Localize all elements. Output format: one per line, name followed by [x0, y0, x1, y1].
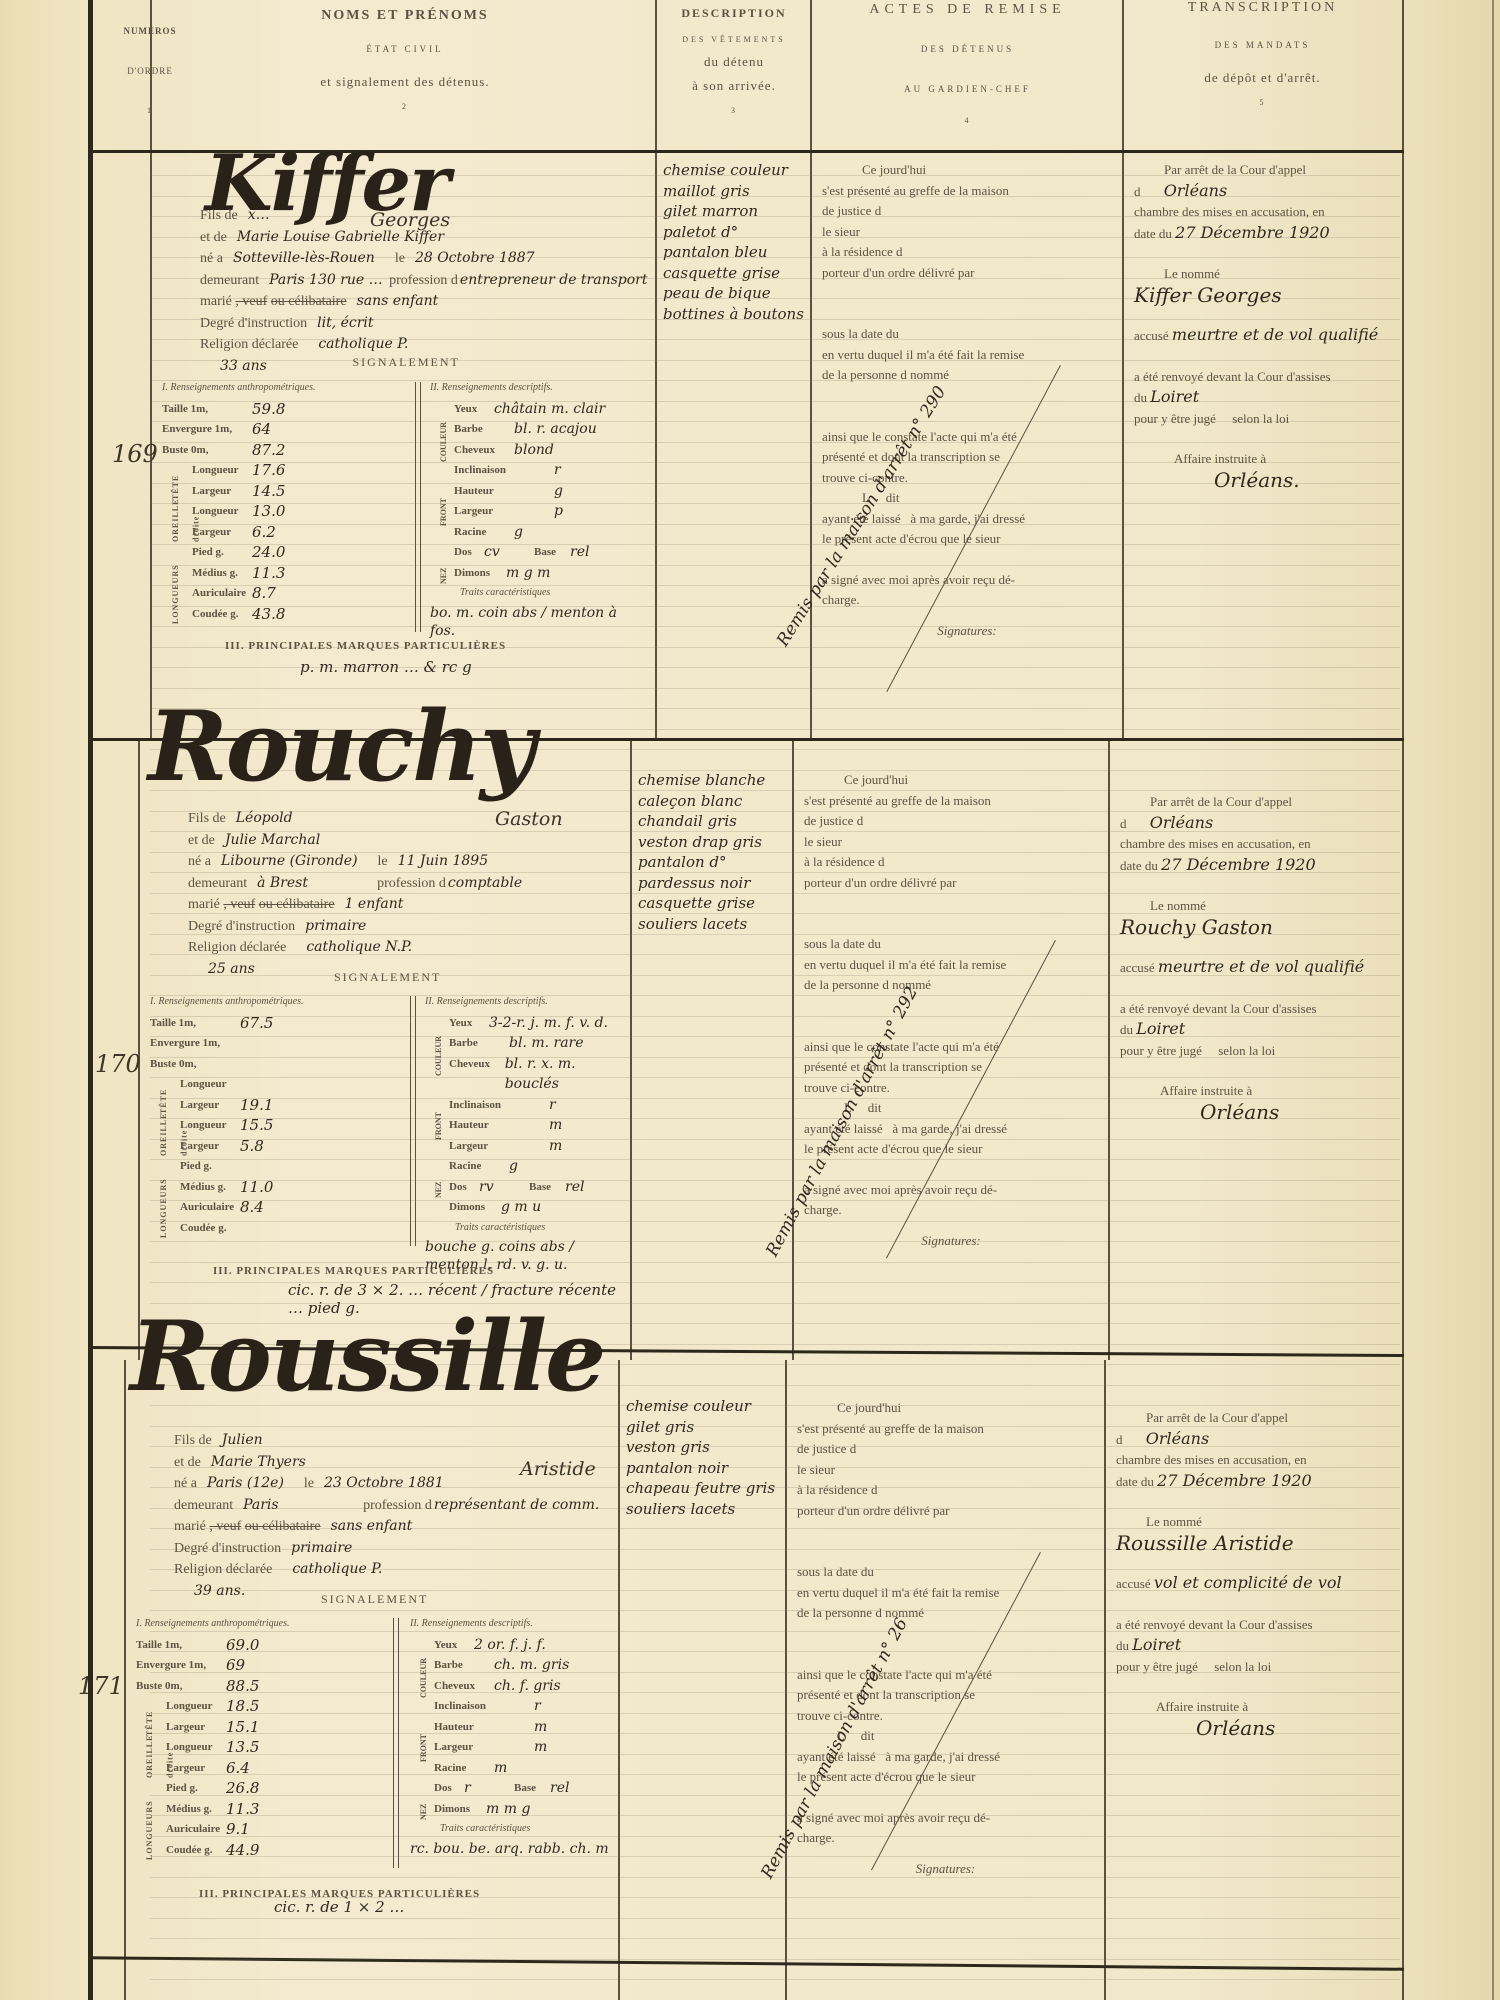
instruction-label: Degré d'instruction [200, 316, 307, 331]
descriptive-block: II. Renseignements descriptifs. Yeux3-2-… [425, 992, 625, 1274]
nez-group-label: NEZ [434, 534, 455, 584]
birthdate-label: le [395, 251, 405, 266]
acte-line: présenté et dont la transcription se [822, 447, 1112, 468]
hauteur-value: m [549, 1115, 562, 1136]
acte-line: en vertu duquel il m'a été fait la remis… [797, 1583, 1094, 1604]
date-label: date du [1134, 226, 1172, 241]
charge-value: vol et complicité de vol [1154, 1573, 1342, 1592]
birthdate-value: 11 Juin 1895 [398, 853, 488, 869]
remise-act-text: Ce jourd'hui s'est présenté au greffe de… [797, 1398, 1094, 1879]
birth-row: né aParis (12e)le23 Octobre 1881 [174, 1473, 613, 1495]
dos-value: r [464, 1778, 514, 1799]
buste-label: Buste 0m, [162, 440, 252, 461]
coudee-row: Coudée g.43.8 [162, 604, 402, 625]
signatures-label: Signatures: [822, 621, 1112, 642]
inclinaison-label: Inclinaison [454, 460, 554, 481]
acte-line: s'est présenté au greffe de la maison [822, 181, 1112, 202]
pied-label: Pied g. [192, 542, 252, 563]
acte-line: sous la date du [804, 934, 1098, 955]
racine-value: g [509, 1156, 518, 1177]
father-row: Fils dex… [200, 205, 650, 227]
tete-longueur-value: 18.5 [226, 1696, 296, 1717]
oreille-longueur-value: 13.5 [226, 1737, 296, 1758]
date-label: date du [1116, 1474, 1154, 1489]
signalement-title: SIGNALEMENT [321, 1592, 428, 1607]
clothing-item: pantalon bleu [663, 242, 806, 263]
nez-group-label: NEZ [414, 1770, 435, 1820]
marital-row: marié , veuf ou célibatairesans enfant [200, 291, 650, 313]
du-label: du [1116, 1638, 1129, 1653]
arret-date-value: 27 Décembre 1920 [1157, 1471, 1312, 1490]
clothing-item: chemise couleur [663, 160, 806, 181]
coudee-label: Coudée g. [180, 1218, 240, 1239]
age-value: 25 ans [208, 961, 255, 977]
yeux-value: 3-2-r. j. m. f. v. d. [489, 1013, 608, 1034]
anthro-title: I. Renseignements anthropométriques. [150, 992, 390, 1013]
register-entry: 170 Rouchy Gaston Fils deLéopold et deJu… [0, 740, 1500, 1350]
coudee-label: Coudée g. [192, 604, 252, 625]
auriculaire-label: Auriculaire [166, 1819, 226, 1840]
instruction-label: Degré d'instruction [174, 1541, 281, 1556]
pied-value: 24.0 [252, 542, 322, 563]
instruction-label: Degré d'instruction [188, 919, 295, 934]
tete-longueur-label: Longueur [192, 460, 252, 481]
residence-value: Paris [243, 1495, 363, 1516]
front-largeur-row: Largeurm [425, 1136, 625, 1157]
tete-longueur-row: Longueur18.5 [136, 1696, 376, 1717]
father-label: Fils de [200, 208, 238, 223]
father-label: Fils de [174, 1433, 212, 1448]
remise-act-text: Ce jourd'hui s'est présenté au greffe de… [822, 160, 1112, 641]
acte-line: le sieur [804, 832, 1098, 853]
profession-value: comptable [448, 875, 522, 891]
birthplace-value: Libourne (Gironde) [221, 853, 358, 869]
tete-largeur-value: 19.1 [240, 1095, 310, 1116]
ruled-line [150, 1979, 1400, 1980]
marks-value: cic. r. de 1 × 2 … [274, 1898, 614, 1916]
mandate-transcription: Par arrêt de la Cour d'appel d Orléans c… [1116, 1408, 1392, 1738]
racine-value: g [514, 522, 523, 543]
order-number: 171 [78, 1672, 124, 1700]
tete-longueur-row: Longueur [150, 1074, 390, 1095]
single-label: ou célibataire [245, 1519, 321, 1534]
desc-title: II. Renseignements descriptifs. [410, 1614, 613, 1635]
clothing-item: bottines à boutons [663, 304, 806, 325]
marital-label: marié [188, 897, 220, 912]
dos-label: Dos [449, 1177, 479, 1198]
pied-row: Pied g.24.0 [162, 542, 402, 563]
mandat-line: chambre des mises en accusation, en [1116, 1450, 1392, 1471]
envergure-value [240, 1033, 310, 1054]
mother-label: et de [174, 1455, 201, 1470]
tete-longueur-label: Longueur [166, 1696, 226, 1717]
acte-line: en vertu duquel il m'a été fait la remis… [804, 955, 1098, 976]
profession-value: entrepreneur de transport [460, 272, 648, 288]
clothing-item: souliers lacets [626, 1499, 781, 1520]
clothing-item: caleçon blanc [638, 791, 788, 812]
yeux-label: Yeux [454, 399, 494, 420]
envergure-row: Envergure 1m, [150, 1033, 390, 1054]
taille-label: Taille 1m, [136, 1635, 226, 1656]
nomme-label: Le nommé [1120, 896, 1392, 917]
tete-largeur-row: Largeur14.5 [162, 481, 402, 502]
mother-value: Julie Marchal [225, 832, 320, 848]
inclinaison-value: r [549, 1095, 556, 1116]
clothing-item: chandail gris [638, 811, 788, 832]
taille-value: 59.8 [252, 399, 322, 420]
oreille-longueur-value: 13.0 [252, 501, 322, 522]
barbe-value: bl. r. acajou [514, 419, 597, 440]
widower-label: , veuf [223, 897, 255, 912]
base-value: rel [565, 1177, 584, 1198]
cheveux-row: Cheveuxblond [430, 440, 650, 461]
birth-row: né aSotteville-lès-Rouenle28 Octobre 188… [200, 248, 650, 270]
acte-line: de justice d [822, 201, 1112, 222]
marital-value: 1 enfant [345, 896, 404, 912]
mother-label: et de [200, 230, 227, 245]
header-col4-line1: ACTES DE REMISE [815, 2, 1120, 18]
clothing-list: chemise couleurmaillot grisgilet marronp… [663, 160, 806, 324]
instruction-row: Degré d'instructionprimaire [188, 916, 625, 938]
hauteur-value: m [534, 1717, 547, 1738]
acte-line: porteur d'un ordre délivré par [804, 873, 1098, 894]
auriculaire-label: Auriculaire [180, 1197, 240, 1218]
hauteur-row: Hauteurm [425, 1115, 625, 1136]
du-label: du [1120, 1022, 1133, 1037]
clothing-item: chemise couleur [626, 1396, 781, 1417]
pied-label: Pied g. [180, 1156, 240, 1177]
juge-line: pour y être jugé selon la loi [1134, 409, 1392, 430]
dos-label: Dos [454, 542, 484, 563]
dos-value: rv [479, 1177, 529, 1198]
register-entry: 171 Roussille Aristide Fils deJulien et … [0, 1352, 1500, 1962]
buste-row: Buste 0m, [150, 1054, 390, 1075]
mother-label: et de [188, 833, 215, 848]
medius-value: 11.0 [240, 1177, 310, 1198]
nomme-value: Rouchy Gaston [1120, 917, 1392, 938]
clothing-item: gilet marron [663, 201, 806, 222]
clothing-item: pardessus noir [638, 873, 788, 894]
clothing-item: pantalon noir [626, 1458, 781, 1479]
header-col-description: DESCRIPTION DES VÊTEMENTS du détenu à so… [660, 6, 808, 115]
desc-title: II. Renseignements descriptifs. [430, 378, 650, 399]
age-value: 39 ans. [194, 1583, 245, 1599]
barbe-value: bl. m. rare [509, 1033, 584, 1054]
coudee-value: 44.9 [226, 1840, 296, 1861]
front-largeur-row: Largeurp [430, 501, 650, 522]
birthplace-label: né a [200, 251, 223, 266]
accuse-label: accusé [1120, 960, 1155, 975]
accuse-label: accusé [1134, 328, 1169, 343]
auriculaire-value: 9.1 [226, 1819, 296, 1840]
cheveux-row: Cheveuxbl. r. x. m. bouclés [425, 1054, 625, 1095]
tete-largeur-value: 15.1 [226, 1717, 296, 1738]
order-number: 170 [95, 1050, 141, 1078]
religion-row: Religion déclaréecatholique P. [174, 1559, 613, 1581]
age-value: 33 ans [220, 358, 267, 374]
renvoye-line: a été renvoyé devant la Cour d'assises [1134, 367, 1392, 388]
mandat-d-label: d [1116, 1432, 1123, 1447]
descriptive-block: II. Renseignements descriptifs. Yeux2 or… [410, 1614, 613, 1858]
signalement-title: SIGNALEMENT [353, 355, 460, 370]
tete-group-label: TÊTE [140, 1696, 161, 1736]
front-group-label: FRONT [434, 466, 455, 526]
barbe-value: ch. m. gris [494, 1655, 569, 1676]
mandat-line: Par arrêt de la Cour d'appel [1116, 1408, 1392, 1429]
register-page: NUMÉROS D'ORDRE 1 NOMS ET PRÉNOMS ÉTAT C… [0, 0, 1500, 2000]
header-col4-num: 4 [815, 116, 1120, 125]
dimensions-label: Dimons [454, 563, 506, 584]
yeux-value: châtain m. clair [494, 399, 605, 420]
taille-row: Taille 1m,59.8 [162, 399, 402, 420]
acte-line: le présent acte d'écrou que le sieur [804, 1139, 1098, 1160]
longueurs-group-label: LONGUEURS [154, 1158, 175, 1238]
medius-row: Médius g.11.0 [150, 1177, 390, 1198]
clothing-item: gilet gris [626, 1417, 781, 1438]
header-col5-line2: DES MANDATS [1125, 40, 1400, 50]
renvoye-line: a été renvoyé devant la Cour d'assises [1120, 999, 1392, 1020]
yeux-label: Yeux [434, 1635, 474, 1656]
header-col-transcription: TRANSCRIPTION DES MANDATS de dépôt et d'… [1125, 0, 1400, 107]
buste-row: Buste 0m,88.5 [136, 1676, 376, 1697]
acte-line: à la résidence d [822, 242, 1112, 263]
racine-value: m [494, 1758, 507, 1779]
mandat-line: Par arrêt de la Cour d'appel [1134, 160, 1392, 181]
court-value: Orléans [1146, 1429, 1209, 1448]
oreille-largeur-value: 6.2 [252, 522, 322, 543]
tete-longueur-label: Longueur [180, 1074, 240, 1095]
envergure-label: Envergure 1m, [150, 1033, 240, 1054]
coudee-row: Coudée g.44.9 [136, 1840, 376, 1861]
longueurs-group-label: LONGUEURS [140, 1780, 161, 1860]
register-entry: 169 Kiffer Georges Fils dex… et deMarie … [0, 150, 1500, 760]
anthropometric-block: I. Renseignements anthropométriques. Tai… [162, 378, 402, 624]
birthplace-label: né a [188, 854, 211, 869]
instruction-row: Degré d'instructionlit, écrit [200, 313, 650, 335]
header-col3-line1: DESCRIPTION [660, 6, 808, 21]
taille-value: 67.5 [240, 1013, 310, 1034]
front-largeur-label: Largeur [454, 501, 554, 522]
inclinaison-label: Inclinaison [449, 1095, 549, 1116]
dimensions-row: Dimonsm g m [430, 563, 650, 584]
affaire-label: Affaire instruite à [1134, 449, 1392, 470]
acte-line: porteur d'un ordre délivré par [797, 1501, 1094, 1522]
charge-value: meurtre et de vol qualifié [1172, 325, 1378, 344]
renvoye-line: a été renvoyé devant la Cour d'assises [1116, 1615, 1392, 1636]
religion-label: Religion déclarée [188, 940, 286, 955]
yeux-row: Yeuxchâtain m. clair [430, 399, 650, 420]
medius-label: Médius g. [192, 563, 252, 584]
oreille-group-label: OREILLE droite [166, 502, 207, 542]
barbe-row: Barbebl. m. rare [425, 1033, 625, 1054]
father-value: Léopold [236, 810, 293, 826]
desc-title: II. Renseignements descriptifs. [425, 992, 625, 1013]
mother-row: et deJulie Marchal [188, 830, 625, 852]
residence-label: demeurant [174, 1498, 233, 1513]
hauteur-label: Hauteur [434, 1717, 534, 1738]
oreille-group-label: OREILLE droite [154, 1116, 195, 1156]
inclinaison-value: r [554, 460, 561, 481]
clothing-item: peau de bique [663, 283, 806, 304]
racine-row: Racinem [410, 1758, 613, 1779]
anthro-title: I. Renseignements anthropométriques. [162, 378, 402, 399]
header-col3-line4: à son arrivée. [660, 78, 808, 94]
juge-line: pour y être jugé selon la loi [1120, 1041, 1392, 1062]
mandat-line: chambre des mises en accusation, en [1134, 202, 1392, 223]
tete-longueur-row: Longueur17.6 [162, 460, 402, 481]
header-col2-line2: ÉTAT CIVIL [160, 44, 650, 54]
pied-value [240, 1156, 310, 1177]
religion-value: catholique P. [318, 336, 408, 352]
signalement-divider [410, 996, 416, 1246]
dimensions-label: Dimons [449, 1197, 501, 1218]
medius-label: Médius g. [166, 1799, 226, 1820]
header-col4-line3: AU GARDIEN-CHEF [815, 84, 1120, 94]
barbe-label: Barbe [454, 419, 514, 440]
buste-value: 88.5 [226, 1676, 296, 1697]
anthropometric-block: I. Renseignements anthropométriques. Tai… [150, 992, 390, 1238]
header-col3-line3: du détenu [660, 54, 808, 70]
barbe-label: Barbe [434, 1655, 494, 1676]
dimensions-value: g m u [501, 1197, 541, 1218]
religion-value: catholique P. [292, 1561, 382, 1577]
father-value: x… [248, 207, 270, 223]
traits-value: bo. m. coin abs / menton à fos. [430, 604, 630, 640]
racine-label: Racine [449, 1156, 509, 1177]
acte-line: Ce jourd'hui [822, 160, 1112, 181]
dos-row: DosrBaserel [410, 1778, 613, 1799]
marks-value: p. m. marron … & rc g [300, 658, 640, 676]
acte-line: de la personne d nommé [804, 975, 1098, 996]
tete-longueur-value [240, 1074, 310, 1095]
descriptive-block: II. Renseignements descriptifs. Yeuxchât… [430, 378, 650, 640]
cheveux-value: bl. r. x. m. bouclés [505, 1054, 625, 1095]
cheveux-value: ch. f. gris [494, 1676, 561, 1697]
residence-label: demeurant [188, 876, 247, 891]
birthplace-value: Paris (12e) [207, 1475, 284, 1491]
acte-line: à la résidence d [804, 852, 1098, 873]
dos-row: DosrvBaserel [425, 1177, 625, 1198]
acte-line: charge. [822, 590, 1112, 611]
envergure-value: 69 [226, 1655, 296, 1676]
header-col5-num: 5 [1125, 98, 1400, 107]
acte-line: s'est présenté au greffe de la maison [804, 791, 1098, 812]
acte-line: de la personne d nommé [797, 1603, 1094, 1624]
auriculaire-value: 8.4 [240, 1197, 310, 1218]
instruite-value: Orléans. [1134, 470, 1392, 491]
front-largeur-row: Largeurm [410, 1737, 613, 1758]
assises-value: Loiret [1150, 387, 1199, 406]
instruction-value: lit, écrit [317, 315, 373, 331]
acte-line: sous la date du [797, 1562, 1094, 1583]
cheveux-row: Cheveuxch. f. gris [410, 1676, 613, 1697]
mandat-d-label: d [1134, 184, 1141, 199]
hauteur-label: Hauteur [454, 481, 554, 502]
court-value: Orléans [1150, 813, 1213, 832]
inclinaison-value: r [534, 1696, 541, 1717]
acte-line: a signé avec moi après avoir reçu dé- [804, 1180, 1098, 1201]
acte-line: de justice d [804, 811, 1098, 832]
affaire-label: Affaire instruite à [1120, 1081, 1392, 1102]
base-label: Base [534, 542, 570, 563]
nomme-value: Kiffer Georges [1134, 285, 1392, 306]
anthro-title: I. Renseignements anthropométriques. [136, 1614, 376, 1635]
yeux-label: Yeux [449, 1013, 489, 1034]
envergure-value: 64 [252, 419, 322, 440]
medius-value: 11.3 [252, 563, 322, 584]
tete-largeur-label: Largeur [166, 1717, 226, 1738]
taille-row: Taille 1m,67.5 [150, 1013, 390, 1034]
oreille-group-label: OREILLE droite [140, 1738, 181, 1778]
residence-value: à Brest [257, 873, 377, 894]
residence-row: demeurantParis 130 rue …profession dentr… [200, 270, 650, 292]
birthdate-label: le [304, 1476, 314, 1491]
couleur-group-label: COULEUR [414, 1638, 435, 1698]
longueurs-group-label: LONGUEURS [166, 544, 187, 624]
auriculaire-row: Auriculaire8.4 [150, 1197, 390, 1218]
widower-label: , veuf [235, 294, 267, 309]
base-label: Base [529, 1177, 565, 1198]
acte-line: présenté et dont la transcription se [797, 1685, 1094, 1706]
clothing-item: chapeau feutre gris [626, 1478, 781, 1499]
dos-label: Dos [434, 1778, 464, 1799]
clothing-item: chemise blanche [638, 770, 788, 791]
header-col2-line3: et signalement des détenus. [160, 74, 650, 90]
envergure-label: Envergure 1m, [136, 1655, 226, 1676]
dimensions-value: m g m [506, 563, 550, 584]
single-label: ou célibataire [271, 294, 347, 309]
base-label: Base [514, 1778, 550, 1799]
juge-line: pour y être jugé selon la loi [1116, 1657, 1392, 1678]
auriculaire-value: 8.7 [252, 583, 322, 604]
clothing-item: maillot gris [663, 181, 806, 202]
marks-title: III. PRINCIPALES MARQUES PARTICULIÈRES [225, 640, 506, 652]
widower-label: , veuf [209, 1519, 241, 1534]
acte-line: a signé avec moi après avoir reçu dé- [797, 1808, 1094, 1829]
buste-row: Buste 0m,87.2 [162, 440, 402, 461]
coudee-value: 43.8 [252, 604, 322, 625]
taille-label: Taille 1m, [150, 1013, 240, 1034]
court-value: Orléans [1164, 181, 1227, 200]
marks-title: III. PRINCIPALES MARQUES PARTICULIÈRES [213, 1265, 494, 1277]
arret-date-value: 27 Décembre 1920 [1175, 223, 1330, 242]
header-col2-num: 2 [160, 102, 650, 111]
instruction-row: Degré d'instructionprimaire [174, 1538, 613, 1560]
barbe-row: Barbebl. r. acajou [430, 419, 650, 440]
hauteur-row: Hauteurg [430, 481, 650, 502]
signatures-label: Signatures: [804, 1231, 1098, 1252]
front-largeur-value: m [549, 1136, 562, 1157]
racine-row: Racineg [425, 1156, 625, 1177]
mother-row: et deMarie Louise Gabrielle Kiffer [200, 227, 650, 249]
profession-value: représentant de comm. [434, 1497, 599, 1513]
base-value: rel [550, 1778, 569, 1799]
mandate-transcription: Par arrêt de la Cour d'appel d Orléans c… [1134, 160, 1392, 490]
taille-row: Taille 1m,69.0 [136, 1635, 376, 1656]
marital-label: marié [174, 1519, 206, 1534]
buste-value: 87.2 [252, 440, 322, 461]
acte-line: le sieur [797, 1460, 1094, 1481]
pied-value: 26.8 [226, 1778, 296, 1799]
clothing-item: casquette grise [663, 263, 806, 284]
arret-date-value: 27 Décembre 1920 [1161, 855, 1316, 874]
clothing-item: casquette grise [638, 893, 788, 914]
acte-line: trouve ci-contre. [822, 468, 1112, 489]
acte-line: de justice d [797, 1439, 1094, 1460]
marital-value: sans enfant [357, 293, 439, 309]
marital-label: marié [200, 294, 232, 309]
tete-group-label: TÊTE [154, 1074, 175, 1114]
